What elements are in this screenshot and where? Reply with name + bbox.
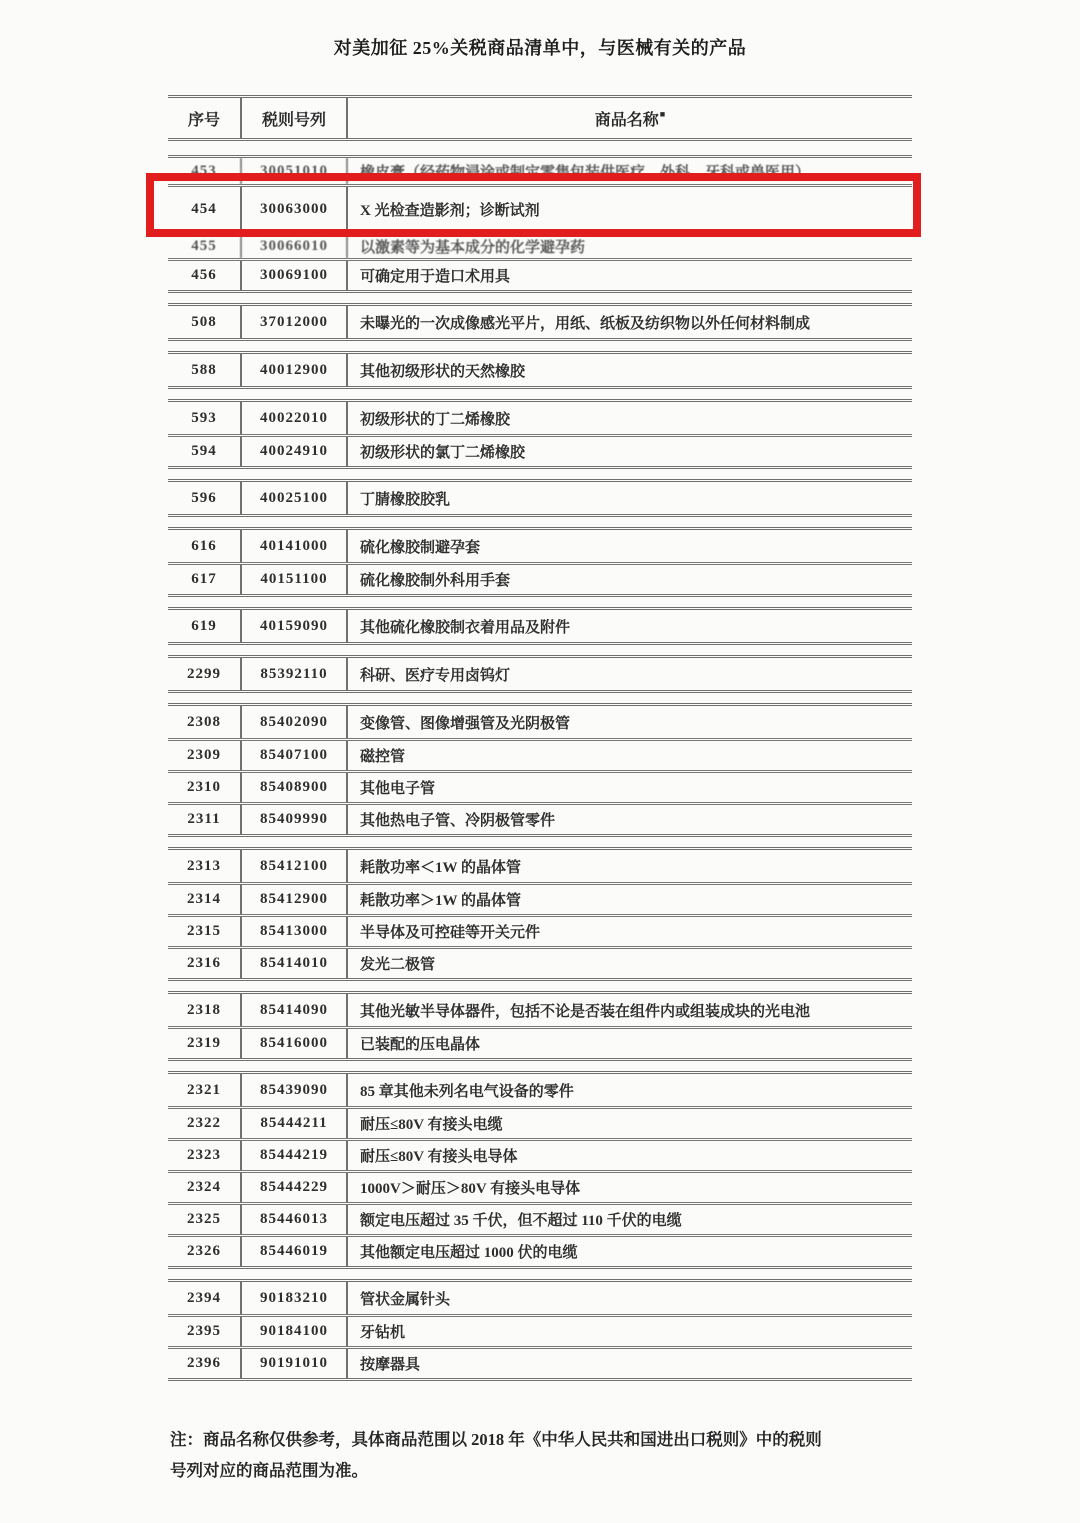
cell-seq: 2318 — [168, 994, 240, 1026]
cell-name: 1000V＞耐压＞80V 有接头电导体 — [346, 1173, 912, 1202]
cell-seq: 619 — [168, 610, 240, 642]
cell-code: 85414090 — [240, 994, 346, 1026]
table-group: 2299 85392110 科研、医疗专用卤钨灯 — [168, 655, 912, 693]
cell-code: 30069100 — [240, 261, 346, 290]
table-group: 2308 85402090 变像管、图像增强管及光阴极管 2309 854071… — [168, 703, 912, 837]
cell-seq: 596 — [168, 482, 240, 514]
cell-code: 37012000 — [240, 306, 346, 338]
cell-code: 40022010 — [240, 402, 346, 434]
cell-name: 耗散功率＜1W 的晶体管 — [346, 850, 912, 882]
column-header-name: 商品名称■ — [346, 98, 912, 138]
cell-seq: 594 — [168, 437, 240, 466]
cell-seq: 2308 — [168, 706, 240, 738]
cell-code: 85446013 — [240, 1205, 346, 1234]
table-group: 508 37012000 未曝光的一次成像感光平片，用纸、纸板及纺织物以外任何材… — [168, 303, 912, 341]
cell-name: 其他硫化橡胶制衣着用品及附件 — [346, 610, 912, 642]
table-row: 2394 90183210 管状金属针头 — [168, 1282, 912, 1314]
cell-name: 其他电子管 — [346, 773, 912, 802]
cell-code: 40025100 — [240, 482, 346, 514]
cell-code: 85412100 — [240, 850, 346, 882]
cell-code: 40024910 — [240, 437, 346, 466]
table-row: 455 30066010 以激素等为基本成分的化学避孕药 — [168, 232, 912, 258]
page-title: 对美加征 25%关税商品清单中，与医械有关的产品 — [0, 0, 1080, 60]
table-header-row: 序号 税则号列 商品名称■ — [168, 95, 912, 141]
cell-name: 发光二极管 — [346, 949, 912, 978]
cell-name: 耐压≤80V 有接头电导体 — [346, 1141, 912, 1170]
table-row: 2314 85412900 耗散功率＞1W 的晶体管 — [168, 882, 912, 914]
table-row: 2396 90191010 按摩器具 — [168, 1346, 912, 1378]
table-row: 593 40022010 初级形状的丁二烯橡胶 — [168, 402, 912, 434]
cell-name: 变像管、图像增强管及光阴极管 — [346, 706, 912, 738]
cell-name: 管状金属针头 — [346, 1282, 912, 1314]
cell-name: 按摩器具 — [346, 1349, 912, 1378]
cell-name: 初级形状的氯丁二烯橡胶 — [346, 437, 912, 466]
table-row: 616 40141000 硫化橡胶制避孕套 — [168, 530, 912, 562]
cell-code: 85444229 — [240, 1173, 346, 1202]
cell-code: 85392110 — [240, 658, 346, 690]
cell-code: 85416000 — [240, 1029, 346, 1058]
column-header-name-label: 商品名称 — [595, 107, 659, 130]
cell-code: 85439090 — [240, 1074, 346, 1106]
cell-seq: 2325 — [168, 1205, 240, 1234]
cell-seq: 2313 — [168, 850, 240, 882]
cell-name: X 光检查造影剂；诊断试剂 — [346, 187, 912, 232]
cell-name: 其他热电子管、冷阴极管零件 — [346, 805, 912, 834]
cell-seq: 2323 — [168, 1141, 240, 1170]
table-row: 2308 85402090 变像管、图像增强管及光阴极管 — [168, 706, 912, 738]
table-row: 594 40024910 初级形状的氯丁二烯橡胶 — [168, 434, 912, 466]
cell-seq: 2319 — [168, 1029, 240, 1058]
table-group: 619 40159090 其他硫化橡胶制衣着用品及附件 — [168, 607, 912, 645]
cell-code: 30051010 — [240, 158, 346, 184]
cell-name: 其他额定电压超过 1000 伏的电缆 — [346, 1237, 912, 1266]
cell-code: 40012900 — [240, 354, 346, 386]
cell-code: 85414010 — [240, 949, 346, 978]
cell-name: 额定电压超过 35 千伏，但不超过 110 千伏的电缆 — [346, 1205, 912, 1234]
footer-note-line2: 号列对应的商品范围为准。 — [170, 1455, 936, 1486]
cell-seq: 2309 — [168, 741, 240, 770]
table-row: 2313 85412100 耗散功率＜1W 的晶体管 — [168, 850, 912, 882]
column-header-seq: 序号 — [168, 98, 240, 138]
table-row: 2315 85413000 半导体及可控硅等开关元件 — [168, 914, 912, 946]
table-group: 2318 85414090 其他光敏半导体器件，包括不论是否装在组件内或组装成块… — [168, 991, 912, 1061]
table-group: 2313 85412100 耗散功率＜1W 的晶体管 2314 85412900… — [168, 847, 912, 981]
cell-name: 耐压≤80V 有接头电缆 — [346, 1109, 912, 1138]
cell-code: 40141000 — [240, 530, 346, 562]
table-row: 2316 85414010 发光二极管 — [168, 946, 912, 978]
cell-code: 85413000 — [240, 917, 346, 946]
cell-code: 85402090 — [240, 706, 346, 738]
cell-name: 已装配的压电晶体 — [346, 1029, 912, 1058]
cell-seq: 617 — [168, 565, 240, 594]
table-group: 453 30051010 橡皮膏（经药物浸涂或制定零售包装供医疗、外科、牙科或兽… — [168, 155, 912, 293]
cell-seq: 2394 — [168, 1282, 240, 1314]
table-row: 2318 85414090 其他光敏半导体器件，包括不论是否装在组件内或组装成块… — [168, 994, 912, 1026]
cell-seq: 454 — [168, 187, 240, 232]
cell-seq: 2299 — [168, 658, 240, 690]
table-row: 456 30069100 可确定用于造口术用具 — [168, 258, 912, 290]
table-row: 2324 85444229 1000V＞耐压＞80V 有接头电导体 — [168, 1170, 912, 1202]
cell-code: 85444211 — [240, 1109, 346, 1138]
table-row: 619 40159090 其他硫化橡胶制衣着用品及附件 — [168, 610, 912, 642]
cell-code: 30066010 — [240, 235, 346, 258]
table-group: 596 40025100 丁腈橡胶胶乳 — [168, 479, 912, 517]
cell-name: 初级形状的丁二烯橡胶 — [346, 402, 912, 434]
table-row: 2395 90184100 牙钻机 — [168, 1314, 912, 1346]
table-row: 588 40012900 其他初级形状的天然橡胶 — [168, 354, 912, 386]
table-row: 454 30063000 X 光检查造影剂；诊断试剂 — [168, 184, 912, 232]
cell-name: 硫化橡胶制外科用手套 — [346, 565, 912, 594]
cell-code: 85444219 — [240, 1141, 346, 1170]
cell-seq: 2396 — [168, 1349, 240, 1378]
column-header-code: 税则号列 — [240, 98, 346, 138]
cell-name: 牙钻机 — [346, 1317, 912, 1346]
table-row: 2311 85409990 其他热电子管、冷阴极管零件 — [168, 802, 912, 834]
table-row: 2319 85416000 已装配的压电晶体 — [168, 1026, 912, 1058]
cell-name: 其他初级形状的天然橡胶 — [346, 354, 912, 386]
tariff-table: 序号 税则号列 商品名称■ 453 30051010 橡皮膏（经药物浸涂或制定零… — [168, 95, 912, 1381]
table-row: 617 40151100 硫化橡胶制外科用手套 — [168, 562, 912, 594]
cell-seq: 455 — [168, 235, 240, 258]
cell-code: 85412900 — [240, 885, 346, 914]
table-group: 616 40141000 硫化橡胶制避孕套 617 40151100 硫化橡胶制… — [168, 527, 912, 597]
cell-seq: 2395 — [168, 1317, 240, 1346]
table-row: 453 30051010 橡皮膏（经药物浸涂或制定零售包装供医疗、外科、牙科或兽… — [168, 158, 912, 184]
table-row: 2322 85444211 耐压≤80V 有接头电缆 — [168, 1106, 912, 1138]
table-row: 2310 85408900 其他电子管 — [168, 770, 912, 802]
cell-seq: 616 — [168, 530, 240, 562]
cell-seq: 2322 — [168, 1109, 240, 1138]
cell-seq: 2314 — [168, 885, 240, 914]
cell-code: 30063000 — [240, 187, 346, 232]
cell-code: 85407100 — [240, 741, 346, 770]
cell-code: 40151100 — [240, 565, 346, 594]
cell-code: 85409990 — [240, 805, 346, 834]
cell-seq: 2311 — [168, 805, 240, 834]
table-row: 2323 85444219 耐压≤80V 有接头电导体 — [168, 1138, 912, 1170]
cell-seq: 2315 — [168, 917, 240, 946]
table-row: 596 40025100 丁腈橡胶胶乳 — [168, 482, 912, 514]
cell-code: 85446019 — [240, 1237, 346, 1266]
cell-seq: 2316 — [168, 949, 240, 978]
cell-name: 丁腈橡胶胶乳 — [346, 482, 912, 514]
table-row: 2309 85407100 磁控管 — [168, 738, 912, 770]
table-row: 2299 85392110 科研、医疗专用卤钨灯 — [168, 658, 912, 690]
cell-name: 橡皮膏（经药物浸涂或制定零售包装供医疗、外科、牙科或兽医用） — [346, 158, 912, 184]
cell-seq: 456 — [168, 261, 240, 290]
cell-code: 40159090 — [240, 610, 346, 642]
footer-note-line1: 注：商品名称仅供参考，具体商品范围以 2018 年《中华人民共和国进出口税则》中… — [170, 1424, 936, 1455]
table-row: 2321 85439090 85 章其他未列名电气设备的零件 — [168, 1074, 912, 1106]
cell-name: 硫化橡胶制避孕套 — [346, 530, 912, 562]
cell-seq: 508 — [168, 306, 240, 338]
footnote-mark: ■ — [660, 109, 665, 119]
cell-code: 90183210 — [240, 1282, 346, 1314]
cell-seq: 593 — [168, 402, 240, 434]
cell-name: 可确定用于造口术用具 — [346, 261, 912, 290]
table-row: 2326 85446019 其他额定电压超过 1000 伏的电缆 — [168, 1234, 912, 1266]
table-group: 593 40022010 初级形状的丁二烯橡胶 594 40024910 初级形… — [168, 399, 912, 469]
cell-name: 科研、医疗专用卤钨灯 — [346, 658, 912, 690]
cell-name: 其他光敏半导体器件，包括不论是否装在组件内或组装成块的光电池 — [346, 994, 912, 1026]
table-group: 2394 90183210 管状金属针头 2395 90184100 牙钻机 2… — [168, 1279, 912, 1381]
table-group: 588 40012900 其他初级形状的天然橡胶 — [168, 351, 912, 389]
table-row: 2325 85446013 额定电压超过 35 千伏，但不超过 110 千伏的电… — [168, 1202, 912, 1234]
table-group: 2321 85439090 85 章其他未列名电气设备的零件 2322 8544… — [168, 1071, 912, 1269]
cell-name: 半导体及可控硅等开关元件 — [346, 917, 912, 946]
cell-code: 85408900 — [240, 773, 346, 802]
table-groups: 453 30051010 橡皮膏（经药物浸涂或制定零售包装供医疗、外科、牙科或兽… — [168, 155, 912, 1381]
cell-name: 耗散功率＞1W 的晶体管 — [346, 885, 912, 914]
table-row: 508 37012000 未曝光的一次成像感光平片，用纸、纸板及纺织物以外任何材… — [168, 306, 912, 338]
cell-code: 90191010 — [240, 1349, 346, 1378]
cell-name: 未曝光的一次成像感光平片，用纸、纸板及纺织物以外任何材料制成 — [346, 306, 912, 338]
cell-seq: 2326 — [168, 1237, 240, 1266]
cell-code: 90184100 — [240, 1317, 346, 1346]
cell-seq: 2310 — [168, 773, 240, 802]
cell-name: 磁控管 — [346, 741, 912, 770]
cell-name: 以激素等为基本成分的化学避孕药 — [346, 235, 912, 258]
footer-note: 注：商品名称仅供参考，具体商品范围以 2018 年《中华人民共和国进出口税则》中… — [170, 1424, 936, 1486]
cell-seq: 2324 — [168, 1173, 240, 1202]
document-page: 对美加征 25%关税商品清单中，与医械有关的产品 序号 税则号列 商品名称■ 4… — [0, 0, 1080, 1523]
cell-seq: 588 — [168, 354, 240, 386]
cell-name: 85 章其他未列名电气设备的零件 — [346, 1074, 912, 1106]
cell-seq: 453 — [168, 158, 240, 184]
cell-seq: 2321 — [168, 1074, 240, 1106]
